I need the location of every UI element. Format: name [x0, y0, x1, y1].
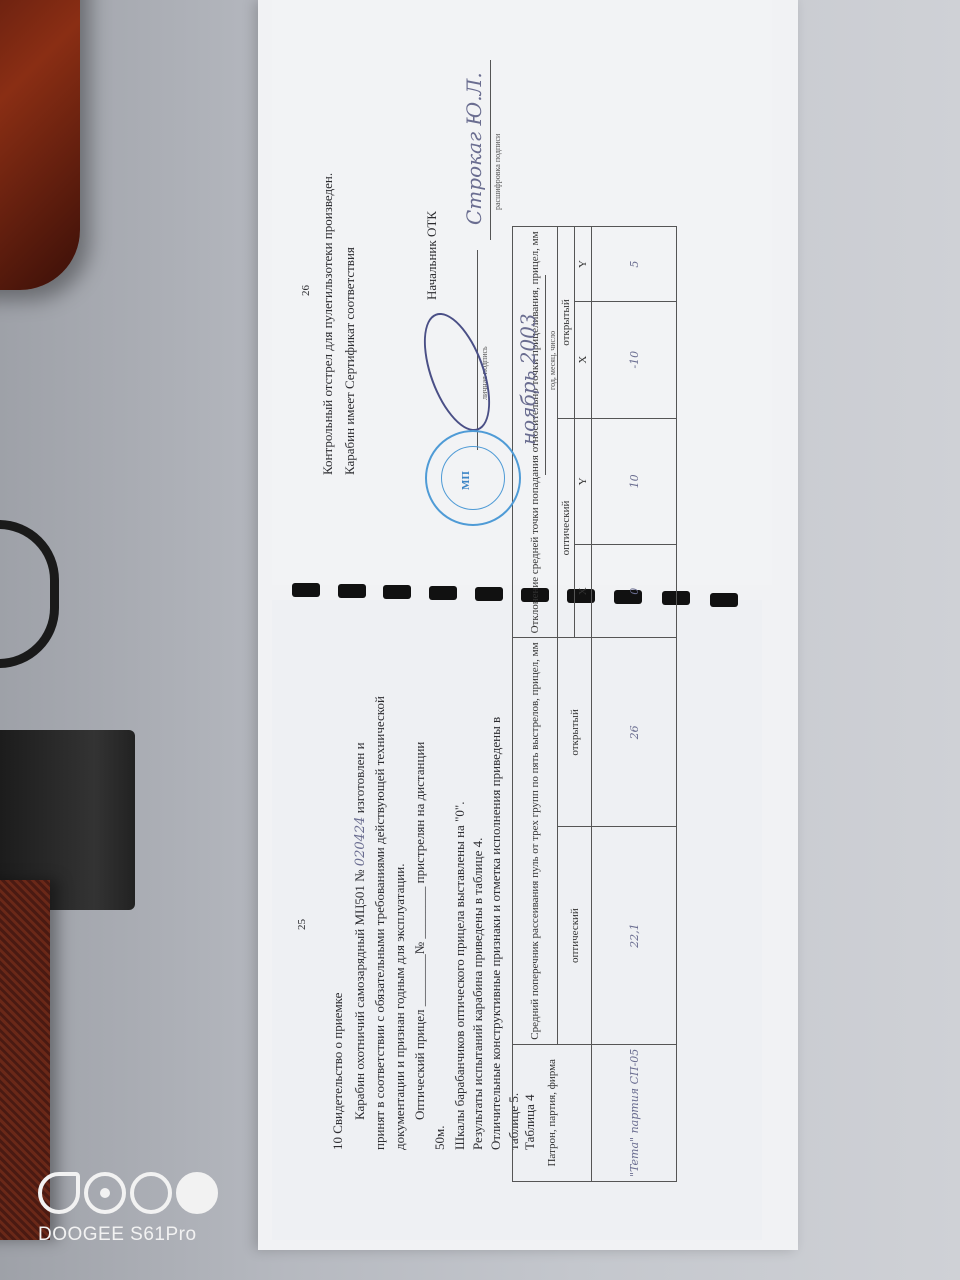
- table-subheader: Y: [575, 418, 592, 545]
- text-line: Контрольный отстрел для пулегильзотеки п…: [320, 173, 336, 475]
- table-cell: 5: [592, 227, 677, 301]
- text-line: документации и признан годным для эксплу…: [392, 864, 408, 1150]
- page-number-26: 26: [300, 285, 312, 296]
- table-cell: 22,1: [592, 827, 677, 1044]
- watermark-text: DOOGEE S61Pro: [38, 1224, 218, 1246]
- text-line: Отличительные конструктивные признаки и …: [488, 717, 504, 1150]
- text-line: принят в соответствии с обязательными тр…: [372, 696, 388, 1150]
- table-subheader: Y: [575, 227, 592, 301]
- table-subheader: открытый: [558, 638, 592, 827]
- table-subheader: открытый: [558, 227, 575, 418]
- trigger-guard: [0, 520, 59, 668]
- camera-watermark: DOOGEE S61Pro: [38, 1172, 218, 1246]
- table-subheader: оптический: [558, 827, 592, 1044]
- page-number-25: 25: [296, 919, 308, 930]
- section-title: 10 Свидетельство о приемке: [330, 993, 346, 1150]
- rifle-stock: [0, 0, 80, 290]
- table-subheader: X: [575, 301, 592, 418]
- table-subheader: X: [575, 545, 592, 638]
- table-subheader: оптический: [558, 418, 575, 638]
- doogee-logo-icon: [38, 1172, 218, 1214]
- role-label: Начальник ОТК: [424, 211, 440, 300]
- table-cell: -10: [592, 301, 677, 418]
- otk-stamp: [425, 430, 521, 526]
- text-line: 50м.: [432, 1126, 448, 1150]
- date-handwritten: ноябрь 2003: [516, 313, 540, 445]
- text-line: Карабин охотничий самозарядный МЦ501 № 0…: [352, 742, 368, 1120]
- signature-decode: Строкаг Ю.Л.: [462, 72, 486, 225]
- photo-scene: 25 10 Свидетельство о приемке Карабин ох…: [0, 0, 960, 1280]
- text-line: Результаты испытаний карабина приведены …: [470, 838, 486, 1150]
- signature-decode-label: расшифровка подписи: [493, 134, 502, 210]
- table-cell: 10: [592, 418, 677, 545]
- text-line: Карабин имеет Сертификат соответствия: [342, 247, 358, 475]
- stamp-center: МП: [460, 471, 472, 490]
- table-header: Средний поперечник рассеивания пуль от т…: [513, 638, 558, 1044]
- serial-number: 020424: [353, 817, 368, 867]
- text-line: Оптический прицел ________№ ________ при…: [412, 742, 428, 1120]
- date-label: год, месяц, число: [548, 331, 557, 390]
- table-cell: 26: [592, 638, 677, 827]
- text-line: Шкалы барабанчиков оптического прицела в…: [452, 802, 468, 1150]
- date-line: [545, 275, 546, 475]
- table-header: Патрон, партия, фирма: [513, 1044, 592, 1181]
- table-cell: 0: [592, 545, 677, 638]
- table-cell: "Tema" партия СП-05: [592, 1044, 677, 1181]
- table-row: "Tema" партия СП-05 22,1 26 0 10 -10 5: [592, 227, 677, 1182]
- signature-decode-line: [490, 60, 491, 240]
